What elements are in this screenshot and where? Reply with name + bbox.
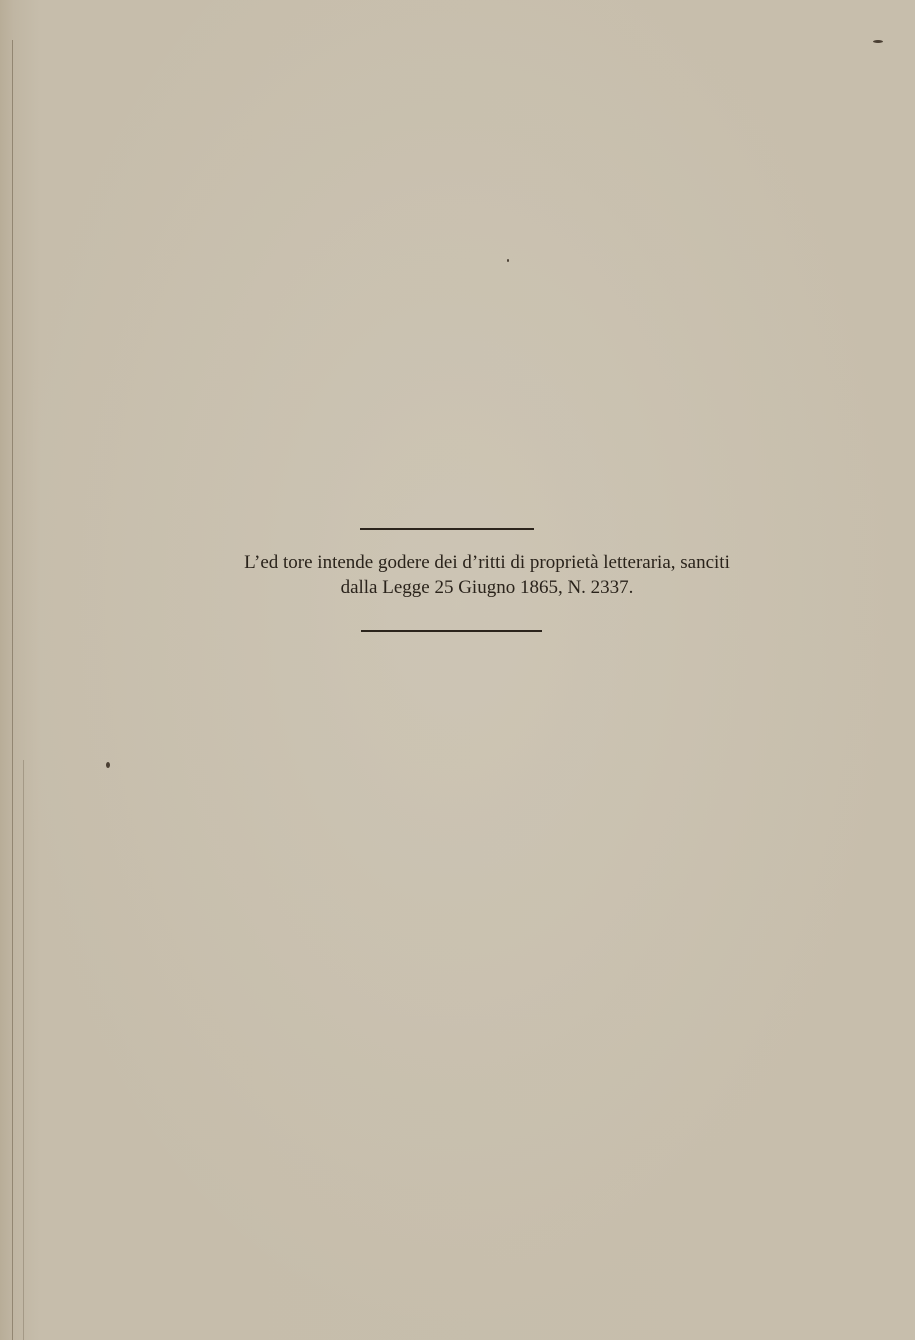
notice-line-2: dalla Legge 25 Giugno 1865, N. 2337. bbox=[100, 575, 874, 600]
top-divider-rule bbox=[360, 528, 534, 530]
paper-speck bbox=[873, 40, 883, 43]
page-edge-line bbox=[23, 760, 24, 1340]
book-page: L’ed tore intende godere dei d’ritti di … bbox=[0, 0, 915, 1340]
paper-speck bbox=[106, 762, 110, 768]
notice-line-1: L’ed tore intende godere dei d’ritti di … bbox=[100, 550, 874, 575]
copyright-notice: L’ed tore intende godere dei d’ritti di … bbox=[100, 550, 874, 600]
bottom-divider-rule bbox=[361, 630, 542, 632]
show-through-title bbox=[140, 235, 780, 336]
paper-speck bbox=[507, 259, 509, 262]
show-through-text bbox=[140, 125, 780, 163]
page-edge-line bbox=[12, 40, 13, 1340]
